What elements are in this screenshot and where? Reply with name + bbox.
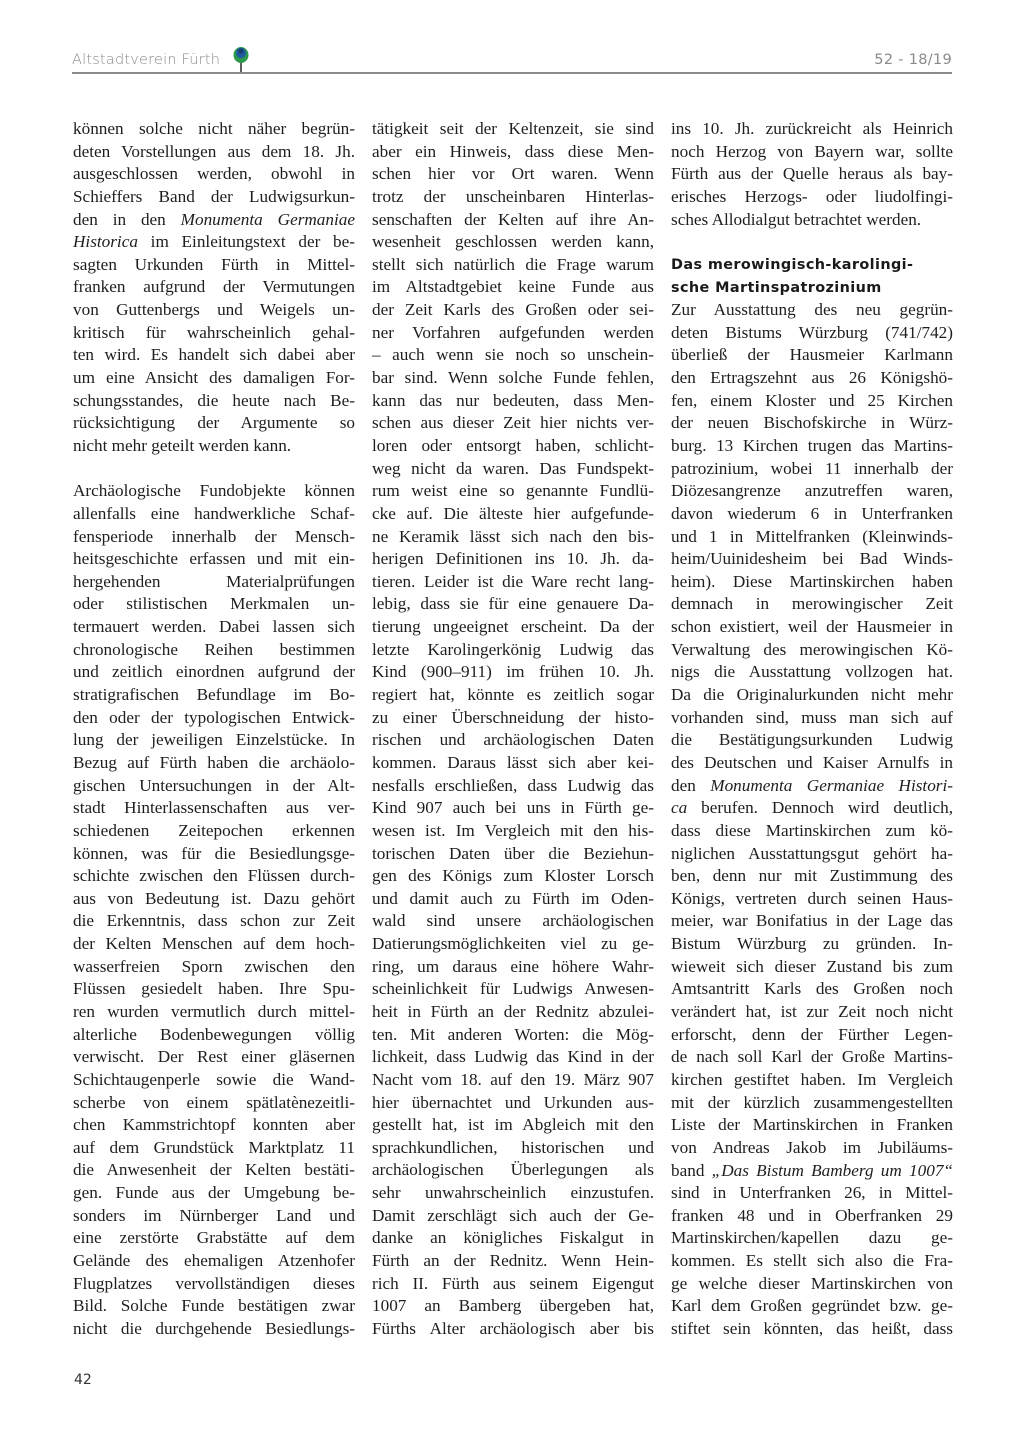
text-line: stellt sich natürlich die Frage warum xyxy=(372,254,654,277)
text-line: auf dem Grundstück Marktplatz 11 xyxy=(73,1137,355,1160)
text-line: davon wiederum 6 in Unterfranken xyxy=(671,503,953,526)
italic-title: Monumenta Germaniae xyxy=(181,210,355,229)
text-line: und zeitlich einordnen aufgrund der xyxy=(73,661,355,684)
italic-title: Historica xyxy=(73,232,138,251)
text-line: dass diese Martinskirchen zum kö- xyxy=(671,820,953,843)
text-line: – auch wenn sie noch so unschein- xyxy=(372,344,654,367)
text-line: die Bestätigungsurkunden Ludwig xyxy=(671,729,953,752)
text-line: heitsgeschichte erfassen und mit ein- xyxy=(73,548,355,571)
text-line: sehr unwahrscheinlich einzustufen. xyxy=(372,1182,654,1205)
text-line: die Anwesenheit der Kelten bestäti- xyxy=(73,1159,355,1182)
text-line: im Altstadtgebiet keine Funde aus xyxy=(372,276,654,299)
text-line: überließ der Hausmeier Karlmann xyxy=(671,344,953,367)
text-line: Amtsantritt Karls des Großen noch xyxy=(671,978,953,1001)
issue-number: 52 - 18/19 xyxy=(874,52,952,68)
text-line: schichte zwischen den Flüssen durch- xyxy=(73,865,355,888)
text-line: weg nicht da waren. Das Fundspekt- xyxy=(372,458,654,481)
text-line: schen hier vor Ort waren. Wenn xyxy=(372,163,654,186)
text-line: aus von Bedeutung ist. Dazu gehört xyxy=(73,888,355,911)
text-line: eine zerstörte Grabstätte auf dem xyxy=(73,1227,355,1250)
text-line: kommen. Es stellt sich also die Fra- xyxy=(671,1250,953,1273)
text-line: heim/Uuinidesheim bei Bad Winds- xyxy=(671,548,953,571)
page-number: 42 xyxy=(74,1372,92,1388)
text-line: alterliche Bodenbewegungen völlig xyxy=(73,1024,355,1047)
text-line: kirchen gestiftet haben. Im Vergleich xyxy=(671,1069,953,1092)
text-line: Schichtaugenperle sowie die Wand- xyxy=(73,1069,355,1092)
text-line: Verwaltung des merowingischen Kö- xyxy=(671,639,953,662)
text-line: gestellt hat, ist im Abgleich mit den xyxy=(372,1114,654,1137)
text-line: hergehenden Materialprüfungen xyxy=(73,571,355,594)
text-line: wesenheit geschlossen werden kann, xyxy=(372,231,654,254)
text-line: ge welche dieser Martinskirchen von xyxy=(671,1273,953,1296)
text-line: burg. 13 Kirchen trugen das Martins- xyxy=(671,435,953,458)
text-line: den Monumenta Germaniae Histori- xyxy=(671,775,953,798)
text-line: Bistum Würzburg zu gründen. In- xyxy=(671,933,953,956)
text-line: termauert werden. Dabei lassen sich xyxy=(73,616,355,639)
header-divider xyxy=(72,72,952,74)
text-line: ren wurden vermutlich durch mittel- xyxy=(73,1001,355,1024)
text-line: oder stilistischen Merkmalen un- xyxy=(73,593,355,616)
text-column-1: können solche nicht näher begrün-deten V… xyxy=(73,118,355,1341)
text-line: Karl dem Großen gegründet bzw. ge- xyxy=(671,1295,953,1318)
text-line: patrozinium, wobei 11 innerhalb der xyxy=(671,458,953,481)
text-line: vorhanden sind, muss man sich auf xyxy=(671,707,953,730)
text-line: rich II. Fürth aus seinem Eigengut xyxy=(372,1273,654,1296)
text-line: Historica im Einleitungstext der be- xyxy=(73,231,355,254)
text-line: verändert hat, ist zur Zeit noch nicht xyxy=(671,1001,953,1024)
text-line: Diözesangrenze anzutreffen waren, xyxy=(671,480,953,503)
text-line: Fürths Alter archäologisch aber bis xyxy=(372,1318,654,1341)
text-line: 1007 an Bamberg übergeben hat, xyxy=(372,1295,654,1318)
text-line: Bild. Solche Funde bestätigen zwar xyxy=(73,1295,355,1318)
text-line: heit in Fürth an der Rednitz abzulei- xyxy=(372,1001,654,1024)
text-line: den in den Monumenta Germaniae xyxy=(73,209,355,232)
text-line: danke an königliches Fiskalgut in xyxy=(372,1227,654,1250)
text-line: der neuen Bischofskirche in Würz- xyxy=(671,412,953,435)
text-line: gen des Königs zum Kloster Lorsch xyxy=(372,865,654,888)
document-page: Altstadtverein Fürth 52 - 18/19 können s… xyxy=(0,0,1024,1448)
text-line: tierung ungeeignet erscheint. Da der xyxy=(372,616,654,639)
text-line: kann das nur bedeuten, dass Men- xyxy=(372,390,654,413)
text-line: Datierungsmöglichkeiten viel zu ge- xyxy=(372,933,654,956)
text-line: lung der jeweiligen Einzelstücke. In xyxy=(73,729,355,752)
text-line: lebig, dass sie für eine genauere Da- xyxy=(372,593,654,616)
text-line: schen aus dieser Zeit hier nichts ver- xyxy=(372,412,654,435)
text-line: Schieffers Band der Ludwigsurkun- xyxy=(73,186,355,209)
text-line: um eine Ansicht des damaligen For- xyxy=(73,367,355,390)
text-line: fen, einem Kloster und 25 Kirchen xyxy=(671,390,953,413)
text-line: de nach soll Karl der Große Martins- xyxy=(671,1046,953,1069)
text-line: den oder der typologischen Entwick- xyxy=(73,707,355,730)
text-line: chen Kammstrichtopf konnten aber xyxy=(73,1114,355,1137)
text-line: franken aufgrund der Vermutungen xyxy=(73,276,355,299)
text-line: der Kelten Menschen auf dem hoch- xyxy=(73,933,355,956)
text-column-3: ins 10. Jh. zurückreicht als Heinrichnoc… xyxy=(671,118,953,1341)
text-line: senschaften der Kelten auf ihre An- xyxy=(372,209,654,232)
text-line: Kind (900–911) im frühen 10. Jh. xyxy=(372,661,654,684)
text-line: sches Allodialgut betrachtet werden. xyxy=(671,209,953,232)
text-line: des Deutschen und Kaiser Arnulfs in xyxy=(671,752,953,775)
text-line: von Andreas Jakob im Jubiläums- xyxy=(671,1137,953,1160)
text-line: wasserfreien Sporn zwischen den xyxy=(73,956,355,979)
text-line: allenfalls eine handwerkliche Schaf- xyxy=(73,503,355,526)
text-line: Zur Ausstattung des neu gegrün- xyxy=(671,299,953,322)
text-line: verwischt. Der Rest einer gläsernen xyxy=(73,1046,355,1069)
text-line: und damit auch zu Fürth im Oden- xyxy=(372,888,654,911)
text-line: noch Herzog von Bayern war, sollte xyxy=(671,141,953,164)
paragraph-gap xyxy=(671,231,953,254)
text-line: ausgeschlossen werden, obwohl in xyxy=(73,163,355,186)
text-line: aber ein Hinweis, dass diese Men- xyxy=(372,141,654,164)
text-line: wald sind unsere archäologischen xyxy=(372,910,654,933)
text-line: Archäologische Fundobjekte können xyxy=(73,480,355,503)
text-line: deten Vorstellungen aus dem 18. Jh. xyxy=(73,141,355,164)
text-line: archäologischen Überlegungen als xyxy=(372,1159,654,1182)
text-line: ins 10. Jh. zurückreicht als Heinrich xyxy=(671,118,953,141)
text-line: Kind 907 auch bei uns in Fürth ge- xyxy=(372,797,654,820)
text-line: gischen Untersuchungen in der Alt- xyxy=(73,775,355,798)
text-line: franken 48 und in Oberfranken 29 xyxy=(671,1205,953,1228)
text-line: erforscht, denn der Fürther Legen- xyxy=(671,1024,953,1047)
text-line: Liste der Martinskirchen in Franken xyxy=(671,1114,953,1137)
text-line: ne Keramik lässt sich nach den bis- xyxy=(372,526,654,549)
text-line: wieweit sich dieser Zustand bis zum xyxy=(671,956,953,979)
text-line: Nacht vom 18. auf den 19. März 907 xyxy=(372,1069,654,1092)
text-line: stiftet sein könnten, das heißt, dass xyxy=(671,1318,953,1341)
text-line: chronologische Reihen bestimmen xyxy=(73,639,355,662)
italic-title: ca xyxy=(671,798,687,817)
text-line: cke auf. Die älteste hier aufgefunde- xyxy=(372,503,654,526)
text-line: Flugplatzes vervollständigen dieses xyxy=(73,1273,355,1296)
publication-title: Altstadtverein Fürth xyxy=(72,52,220,68)
text-line: der Zeit Karls des Großen oder sei- xyxy=(372,299,654,322)
text-line: bar sind. Wenn solche Funde fehlen, xyxy=(372,367,654,390)
text-line: nigs die Ausstattung vollzogen hat. xyxy=(671,661,953,684)
text-line: ring, um daraus eine höhere Wahr- xyxy=(372,956,654,979)
text-line: Da die Originalurkunden nicht mehr xyxy=(671,684,953,707)
text-line: sagten Urkunden Fürth in Mittel- xyxy=(73,254,355,277)
text-line: den Ertragszehnt aus 26 Königshö- xyxy=(671,367,953,390)
text-line: demnach in merowingischer Zeit xyxy=(671,593,953,616)
text-line: lichkeit, dass Ludwig das Kind in der xyxy=(372,1046,654,1069)
text-line: stadt Hinterlassenschaften aus ver- xyxy=(73,797,355,820)
text-line: ca berufen. Dennoch wird deutlich, xyxy=(671,797,953,820)
text-line: herigen Definitionen ins 10. Jh. da- xyxy=(372,548,654,571)
text-line: nesfalls erschließen, dass Ludwig das xyxy=(372,775,654,798)
text-line: Gelände des ehemaligen Atzenhofer xyxy=(73,1250,355,1273)
text-line: torischen Daten über die Beziehun- xyxy=(372,843,654,866)
text-line: trotz der unscheinbaren Hinterlas- xyxy=(372,186,654,209)
text-line: Königs, vertreten durch seinen Haus- xyxy=(671,888,953,911)
text-line: zu einer Überschneidung der histo- xyxy=(372,707,654,730)
text-line: erisches Herzogs- oder liudolfingi- xyxy=(671,186,953,209)
text-line: sind in Unterfranken 26, in Mittel- xyxy=(671,1182,953,1205)
text-line: ner Vorfahren aufgefunden werden xyxy=(372,322,654,345)
text-line: meier, war Bonifatius in der Lage das xyxy=(671,910,953,933)
text-line: deten Bistums Würzburg (741/742) xyxy=(671,322,953,345)
text-line: fensperiode innerhalb der Mensch- xyxy=(73,526,355,549)
text-line: können, was für die Besiedlungsge- xyxy=(73,843,355,866)
text-line: niglichen Ausstattungsgut gehört ha- xyxy=(671,843,953,866)
text-line: scheinlichkeit für Ludwigs Anwesen- xyxy=(372,978,654,1001)
text-line: tieren. Leider ist die Ware recht lang- xyxy=(372,571,654,594)
text-line: rücksichtigung der Argumente so xyxy=(73,412,355,435)
text-line: rum weist eine so genannte Fundlü- xyxy=(372,480,654,503)
text-line: heim). Diese Martinskirchen haben xyxy=(671,571,953,594)
text-line: letzte Karolingerkönig Ludwig das xyxy=(372,639,654,662)
text-line: band „Das Bistum Bamberg um 1007“ xyxy=(671,1160,953,1183)
running-header: Altstadtverein Fürth 52 - 18/19 xyxy=(72,46,952,74)
text-line: Bezug auf Fürth haben die archäolo- xyxy=(73,752,355,775)
text-line: Fürth an der Rednitz. Wenn Hein- xyxy=(372,1250,654,1273)
text-line: können solche nicht näher begrün- xyxy=(73,118,355,141)
text-line: rischen und archäologischen Daten xyxy=(372,729,654,752)
text-column-2: tätigkeit seit der Keltenzeit, sie sinda… xyxy=(372,118,654,1341)
text-line: ten. Mit anderen Worten: die Mög- xyxy=(372,1024,654,1047)
text-line: gen. Funde aus der Umgebung be- xyxy=(73,1182,355,1205)
text-line: regiert hat, könnte es zeitlich sogar xyxy=(372,684,654,707)
text-line: Damit zerschlägt sich auch der Ge- xyxy=(372,1205,654,1228)
text-line: schon existiert, weil der Hausmeier in xyxy=(671,616,953,639)
text-line: die Erkenntnis, dass schon zur Zeit xyxy=(73,910,355,933)
text-line: nicht die durchgehende Besiedlungs- xyxy=(73,1318,355,1341)
text-line: loren oder entsorgt haben, schlicht- xyxy=(372,435,654,458)
text-line: kritisch für wahrscheinlich gehal- xyxy=(73,322,355,345)
text-line: schungsstandes, die heute nach Be- xyxy=(73,390,355,413)
text-line: von Guttenbergs und Weigels un- xyxy=(73,299,355,322)
tree-logo-icon xyxy=(230,46,252,74)
text-line: stratigrafischen Befundlage im Bo- xyxy=(73,684,355,707)
text-line: tätigkeit seit der Keltenzeit, sie sind xyxy=(372,118,654,141)
italic-title: Monumenta Germaniae Histori- xyxy=(710,776,953,795)
section-heading-line: Das merowingisch-karolingi- xyxy=(671,254,953,277)
text-line: wesen ist. Im Vergleich mit den his- xyxy=(372,820,654,843)
text-line: und 1 in Mittelfranken (Kleinwinds- xyxy=(671,526,953,549)
text-line: sprachkundlichen, historischen und xyxy=(372,1137,654,1160)
text-line: hier übernachtet und Urkunden aus- xyxy=(372,1092,654,1115)
text-line: Flüssen gesiedelt haben. Ihre Spu- xyxy=(73,978,355,1001)
section-heading-line: sche Martinspatrozinium xyxy=(671,277,953,300)
text-line: schiedenen Zeitepochen erkennen xyxy=(73,820,355,843)
text-line: ben, denn nur mit Zustimmung des xyxy=(671,865,953,888)
text-line: mit der kürzlich zusammengestellten xyxy=(671,1092,953,1115)
italic-title: „Das Bistum Bamberg um 1007“ xyxy=(712,1161,953,1180)
text-line: ten wird. Es handelt sich dabei aber xyxy=(73,344,355,367)
text-line: nicht mehr geteilt werden kann. xyxy=(73,435,355,458)
text-line: kommen. Daraus lässt sich aber kei- xyxy=(372,752,654,775)
paragraph-gap xyxy=(73,458,355,481)
text-line: Martinskirchen/kapellen dazu ge- xyxy=(671,1227,953,1250)
text-line: sonders im Nürnberger Land und xyxy=(73,1205,355,1228)
text-line: Fürth aus der Quelle heraus als bay- xyxy=(671,163,953,186)
text-line: scherbe von einem spätlatènezeitli- xyxy=(73,1092,355,1115)
